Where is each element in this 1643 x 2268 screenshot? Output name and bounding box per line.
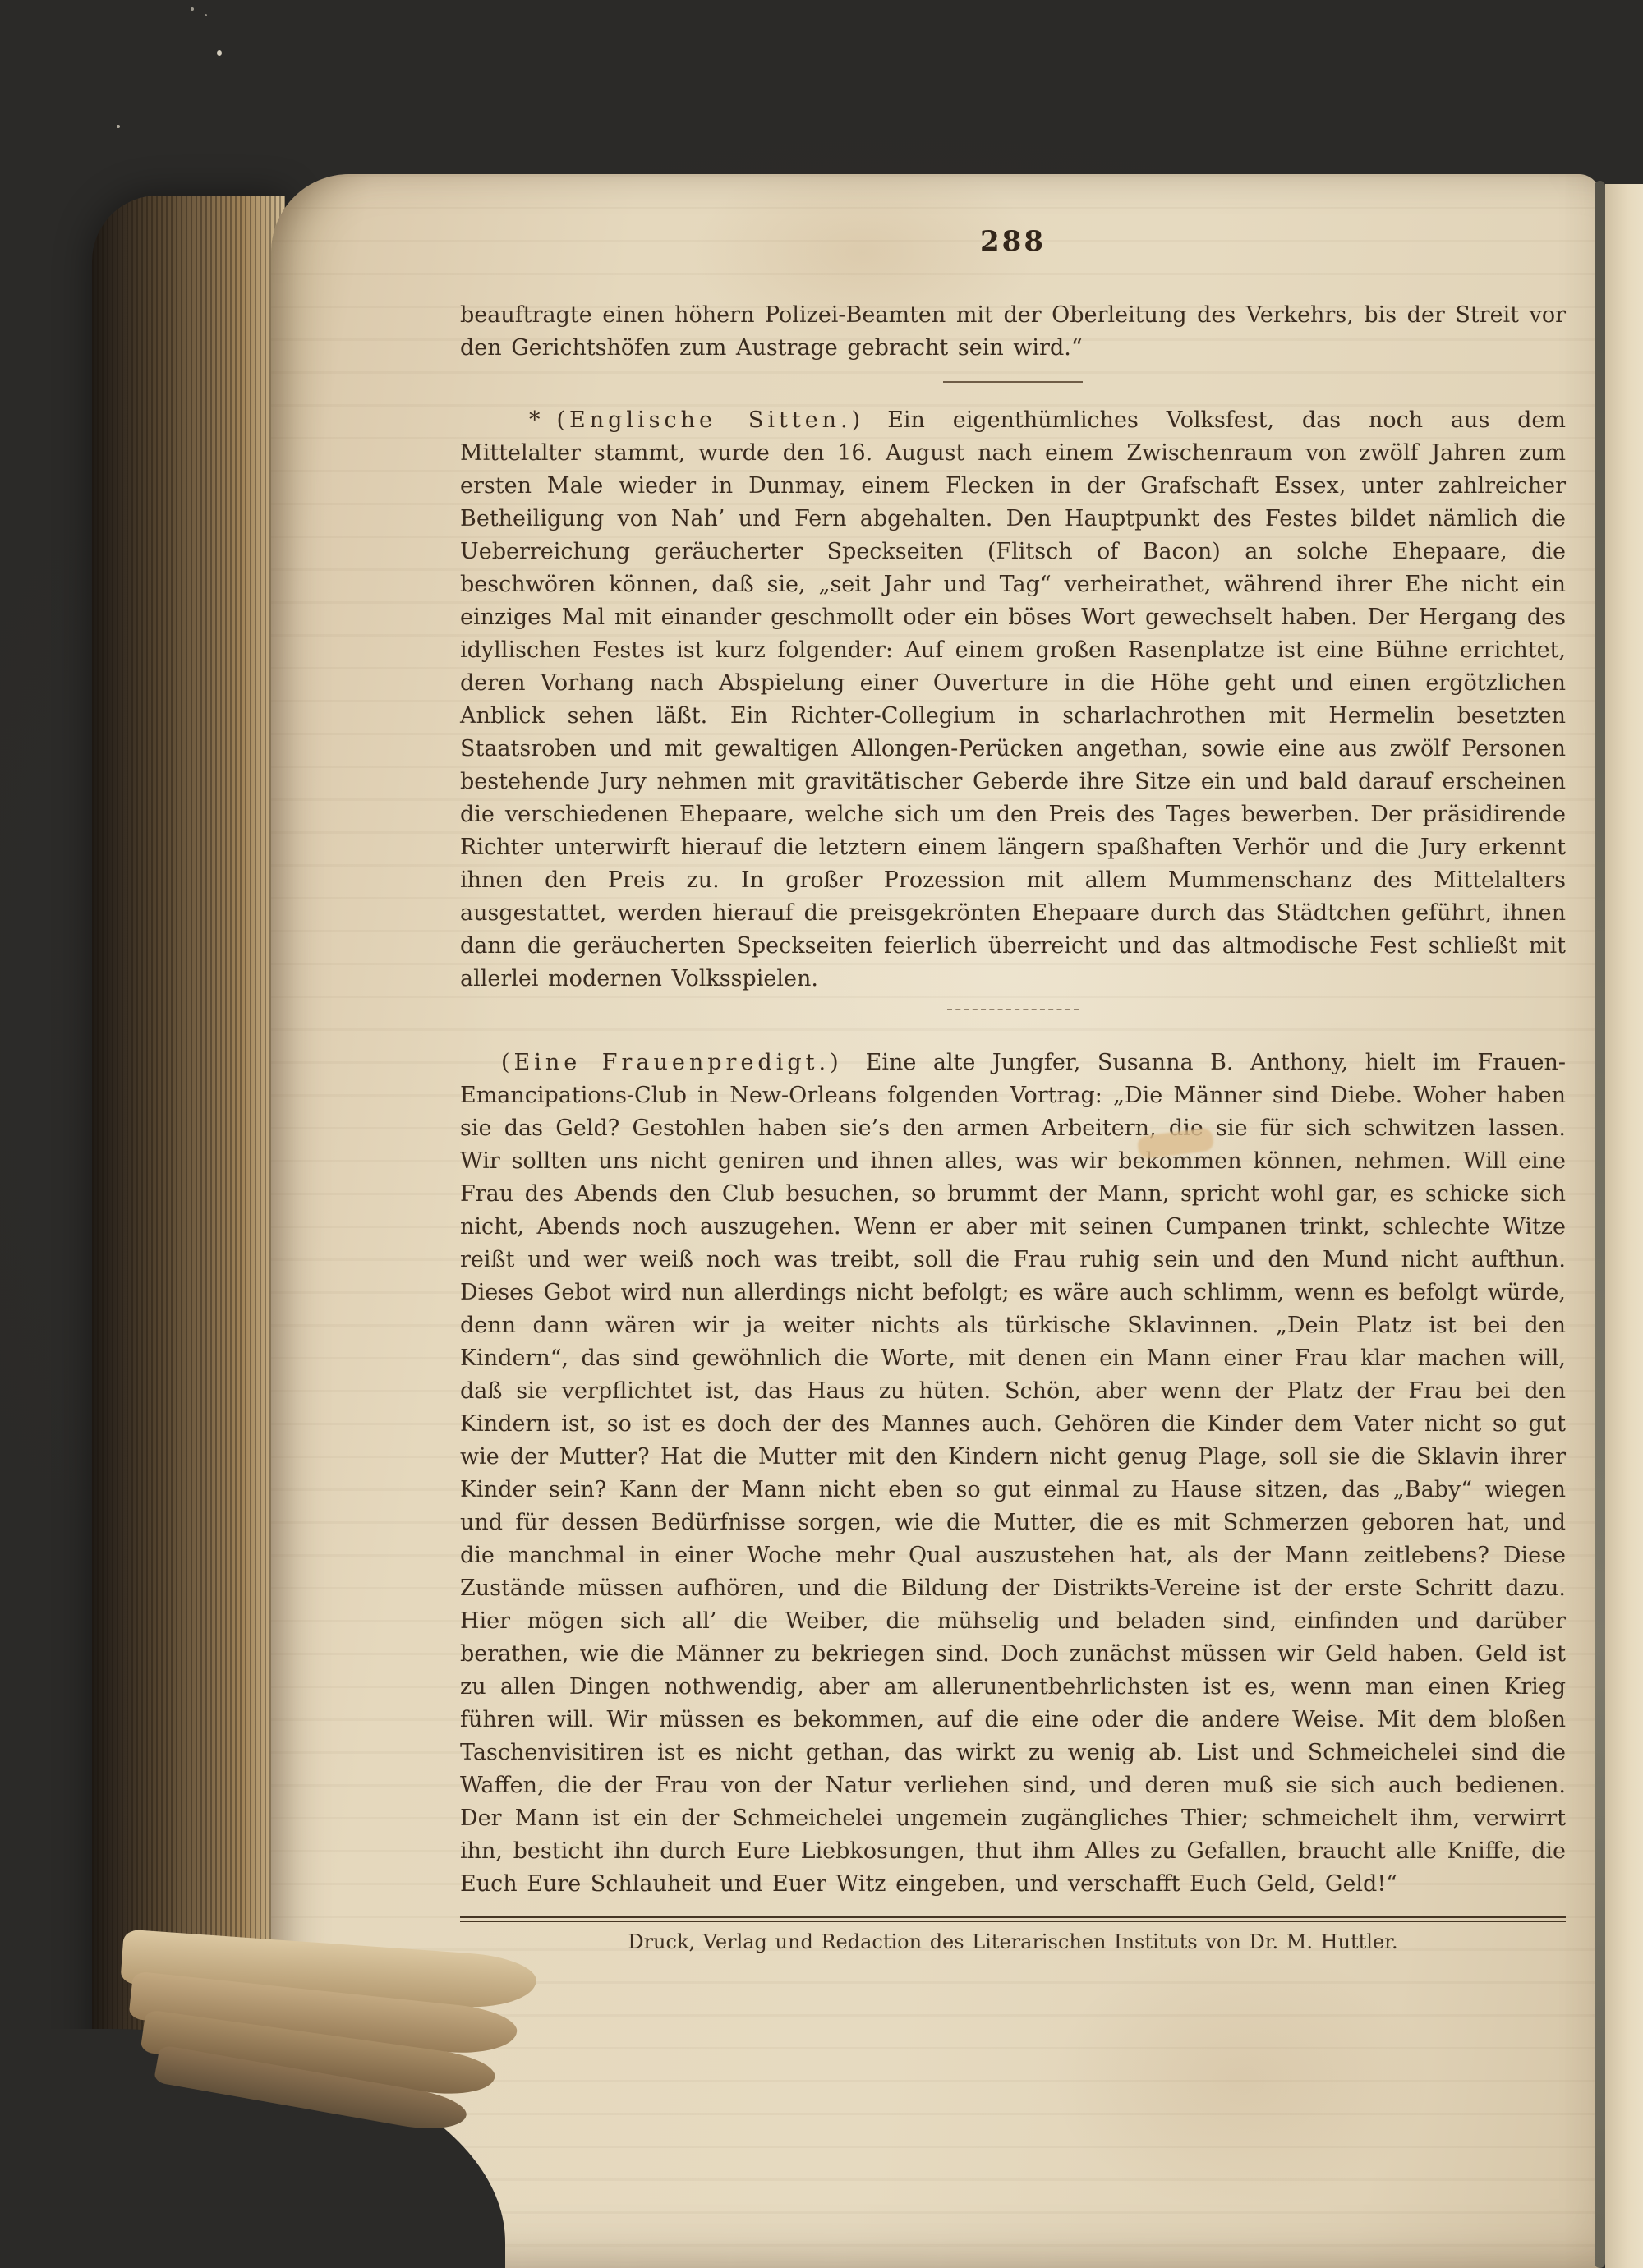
page-gap-shadow [1595,181,1605,2268]
article-womens-sermon: (Eine Frauenpredigt.)Eine alte Jungfer, … [460,1047,1566,1901]
page-number: 288 [460,225,1566,258]
article-marker: * [529,407,541,433]
imprint-line: Druck, Verlag und Redaction des Literari… [460,1930,1566,1953]
continuation-paragraph: beauftragte einen höhern Polizei-Beamten… [460,299,1566,365]
photo-background: 288 beauftragte einen höhern Polizei-Bea… [0,0,1643,2268]
dust-speck [217,50,222,56]
dust-speck [191,7,194,11]
article-body: Ein eigenthümliches Volksfest, das noch … [460,407,1566,991]
dust-speck [117,125,120,128]
article-title: (Englische Sitten.) [557,407,865,433]
section-divider [943,381,1083,383]
page-content: 288 beauftragte einen höhern Polizei-Bea… [460,225,1566,1953]
article-english-customs: *(Englische Sitten.)Ein eigenthümliches … [460,404,1566,996]
facing-page-edge [1605,184,1643,2268]
book-spine-page-edges [92,196,285,2081]
article-title: (Eine Frauenpredigt.) [501,1050,843,1075]
imprint-divider [460,1916,1566,1922]
dust-speck [205,14,207,16]
article-body: Eine alte Jungfer, Susanna B. Anthony, h… [460,1050,1566,1897]
section-divider [947,1009,1079,1010]
